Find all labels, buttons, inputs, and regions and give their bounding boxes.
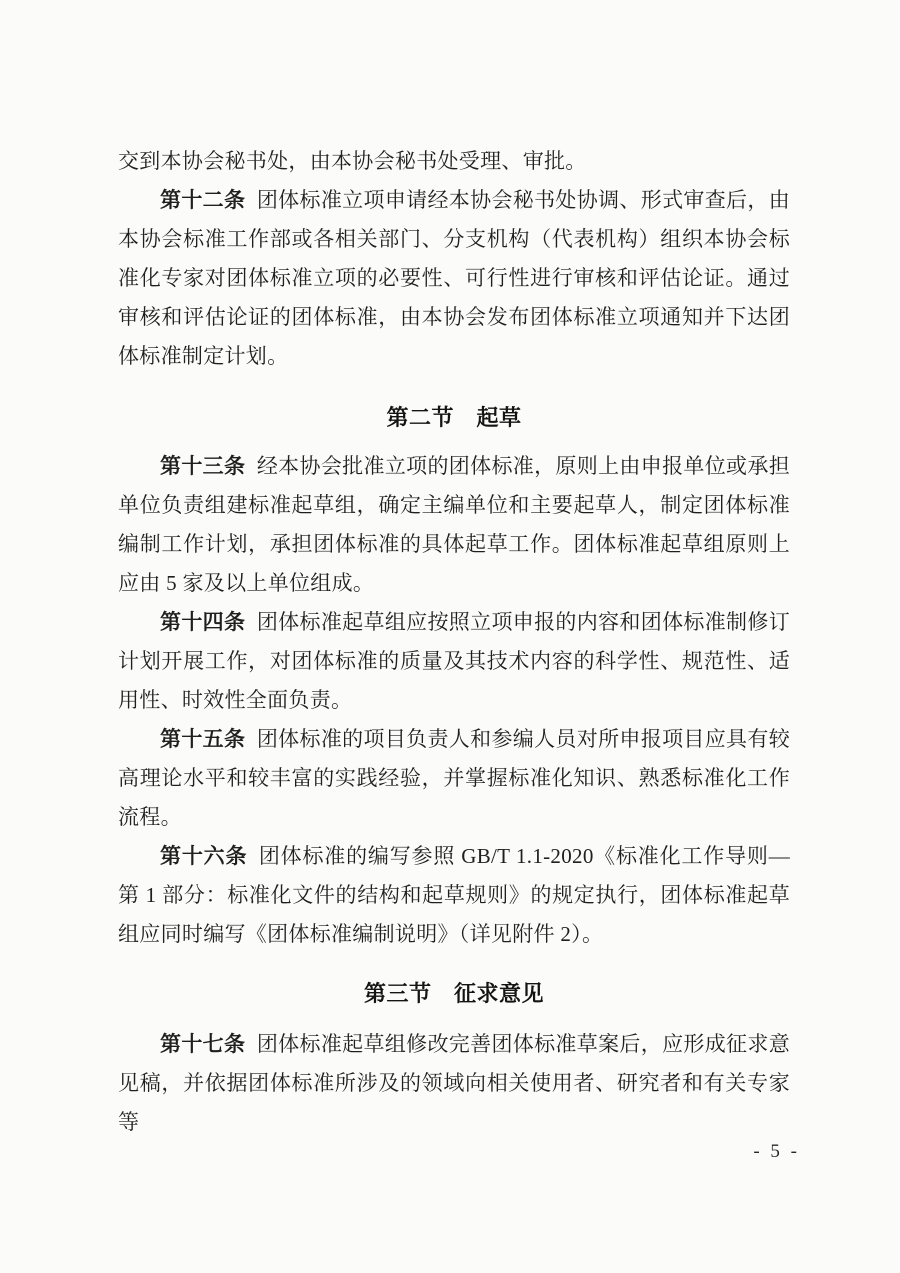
document-page: 交到本协会秘书处，由本协会秘书处受理、审批。 第十二条团体标准立项申请经本协会秘… [0, 0, 900, 1273]
article-13: 第十三条经本协会批准立项的团体标准，原则上由申报单位或承担单位负责组建标准起草组… [118, 447, 790, 603]
article-14: 第十四条团体标准起草组应按照立项申报的内容和团体标准制修订计划开展工作，对团体标… [118, 603, 790, 720]
page-number: - 5 - [753, 1141, 800, 1163]
article-13-number: 第十三条 [160, 454, 245, 478]
section-heading-drafting: 第二节 起草 [118, 398, 790, 437]
article-17: 第十七条团体标准起草组修改完善团体标准草案后，应形成征求意见稿，并依据团体标准所… [118, 1025, 790, 1142]
paragraph-continuation: 交到本协会秘书处，由本协会秘书处受理、审批。 [118, 142, 790, 181]
article-12: 第十二条团体标准立项申请经本协会秘书处协调、形式审查后，由本协会标准工作部或各相… [118, 181, 790, 376]
article-16: 第十六条团体标准的编写参照 GB/T 1.1-2020《标准化工作导则—第 1 … [118, 837, 790, 954]
article-12-text: 团体标准立项申请经本协会秘书处协调、形式审查后，由本协会标准工作部或各相关部门、… [118, 188, 790, 368]
article-15: 第十五条团体标准的项目负责人和参编人员对所申报项目应具有较高理论水平和较丰富的实… [118, 720, 790, 837]
article-17-number: 第十七条 [160, 1032, 245, 1056]
article-16-number: 第十六条 [160, 844, 247, 868]
article-14-number: 第十四条 [160, 610, 245, 634]
section-heading-soliciting-opinions: 第三节 征求意见 [118, 974, 790, 1013]
article-15-number: 第十五条 [160, 727, 245, 751]
article-12-number: 第十二条 [160, 188, 245, 212]
